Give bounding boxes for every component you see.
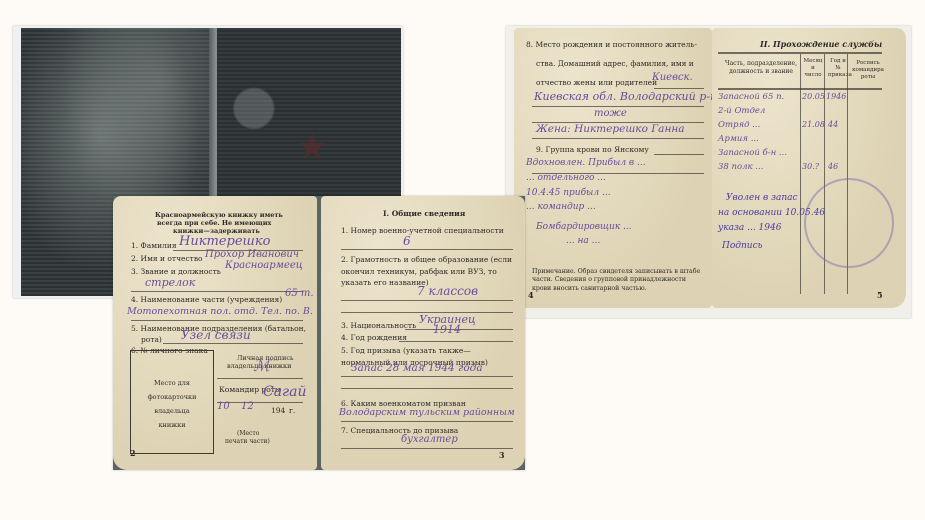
photo-placeholder-box: Место для фотокарточки владельца книжки [130,350,214,454]
hw-note-6: ... на ... [566,236,600,247]
page-number-2: 2 [130,448,136,458]
photo-label-3: владельца [131,407,213,415]
photo-label-2: фотокарточки [131,393,213,401]
stamp-label-1: (Место [237,430,259,438]
page-3: I. Общие сведения 1. Номер военно-учетно… [321,196,525,470]
service-row-1-year: 1946 [826,92,846,102]
hw-surname: Никтерешко [179,234,270,250]
hw-birth-year: 1914 [433,323,461,337]
service-row-6-year: 46 [828,162,838,172]
owner-signature: ℳ [253,356,270,376]
hw-education: 7 классов [417,284,478,299]
field-label-rank: 3. Звание и должность [131,267,221,276]
field-label-8-line1: 8. Место рождения и постоянного житель- [526,40,697,49]
discharge-line-3: указа ... 1946 [718,223,781,234]
col-header-unit: Часть, подразделение, должность и звание [722,60,800,75]
page-2-header-2: всегда при себе. Не имеющих [157,219,271,227]
service-row-5-unit: Запасной б-н ... [718,148,787,159]
field-label-unit: 4. Наименование части (учреждения) [131,295,282,304]
col-header-signature: Роспись командира роты [850,60,886,81]
date-year-suffix: г. [289,406,295,415]
service-row-3-date: 21.08 [802,120,825,130]
hw-unit-code: 65 т. [285,288,314,301]
page-number-5: 5 [877,290,883,300]
commander-signature: Сагай [263,384,307,402]
col-header-order: Год и № приказа [828,58,848,79]
hw-profession: бухгалтер [401,434,458,447]
page-number-4: 4 [528,290,534,300]
hw-commissariat: Володарским тульским районным [339,407,515,419]
date-year-prefix: 194 [271,406,285,415]
photo-label-4: книжки [131,421,213,429]
field-label-8-line3: отчество жены или родителей [536,78,657,87]
hw-position: стрелок [145,276,195,290]
hw-note-3: 10.4.45 прибыл ... [526,188,611,199]
service-row-3-year: 44 [828,120,838,130]
field-label-name: 2. Имя и отчество [131,254,203,263]
red-star-icon: ★ [296,127,328,168]
col-header-date: Месяц и число [803,58,823,79]
field-label-vus: 1. Номер военно-учетной специальности [341,226,504,235]
hw-rank: Красноармеец [225,260,303,273]
service-row-4-unit: Армия ... [718,134,759,145]
hw-vus: 6 [403,234,411,249]
service-row-1-date: 20.05 [802,92,825,102]
service-row-2-unit: 2-й Отдел [718,106,765,117]
service-row-3-unit: Отряд ... [718,120,760,131]
page-4-footnote: Примечание. Образ свидетеля записывать в… [532,268,704,293]
field-label-subunit-2: рота) [141,335,162,344]
hw-date-month: 12 [241,401,254,414]
page-5: II. Прохождение службы Часть, подразделе… [712,28,906,308]
hw-same: тоже [594,108,627,121]
page-4: 8. Место рождения и постоянного житель- … [514,28,712,308]
photo-label-1: Место для [131,379,213,387]
booklet-pages-4-5-photo: 8. Место рождения и постоянного житель- … [506,26,911,318]
hw-note-1: Вдохновлен. Прибыл в ... [526,158,646,169]
hw-birthplace-1: Киевск. [652,72,693,85]
service-record-title: II. Прохождение службы [760,39,882,49]
hw-unit: Мотопехотная пол. отд. Тел. по. В. [127,306,313,318]
hw-date-day: 10 [217,401,230,414]
page-number-3: 3 [499,450,505,460]
general-info-title: I. Общие сведения [383,209,465,218]
discharge-line-4: Подпись [722,241,763,252]
service-row-6-date: 30.? [802,162,819,172]
field-label-8-line2: ства. Домашний адрес, фамилия, имя и [536,59,694,68]
official-stamp [804,178,894,268]
service-row-1-unit: Запасной 65 п. [718,92,784,103]
booklet-pages-2-3-photo: Красноармейскую книжку иметь всегда при … [113,196,525,470]
field-label-birth-year: 4. Год рождения [341,333,407,342]
hw-conscription: Запас 28 мая 1944 года [351,362,483,375]
hw-note-5: Бомбардировщик ... [536,222,632,233]
hw-subunit: Узел связи [181,328,251,343]
discharge-line-1: Уволен в запас [726,193,798,204]
field-label-surname: 1. Фамилия [131,241,177,250]
field-label-9: 9. Группа крови по Янскому [536,145,649,154]
page-2-header-1: Красноармейскую книжку иметь [155,211,283,219]
hw-wife: Жена: Никтерешко Ганна [536,123,685,136]
stamp-label-2: печати части) [225,438,270,446]
service-row-6-unit: 38 полк ... [718,162,763,173]
page-2: Красноармейскую книжку иметь всегда при … [113,196,317,470]
hw-note-2: ... отдельного ... [526,173,606,184]
discharge-line-2: на основании 10.05.46 [718,208,825,219]
hw-note-4: ... командир ... [526,202,596,213]
